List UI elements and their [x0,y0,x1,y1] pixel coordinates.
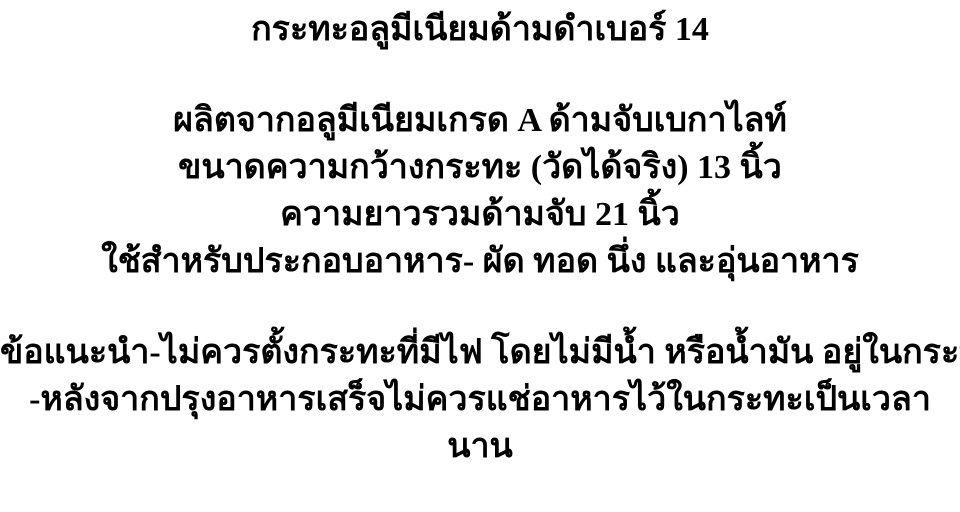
product-title: กระทะอลูมีเนียมด้ามดำเบอร์ 14 [0,6,960,53]
spec-line-material: ผลิตจากอลูมีเนียมเกรด A ด้ามจับเบกาไลท์ [0,97,960,144]
spec-line-usage: ใช้สำหรับประกอบอาหาร- ผัด ทอด นึ่ง และอุ… [0,238,960,285]
product-advisory: ข้อแนะนำ-ไม่ควรตั้งกระทะที่มีไฟ โดยไม่มี… [0,329,960,470]
advisory-line-1: ข้อแนะนำ-ไม่ควรตั้งกระทะที่มีไฟ โดยไม่มี… [0,329,960,376]
product-specs: ผลิตจากอลูมีเนียมเกรด A ด้ามจับเบกาไลท์ … [0,97,960,285]
product-description-page: กระทะอลูมีเนียมด้ามดำเบอร์ 14 ผลิตจากอลู… [0,0,960,512]
spec-line-length: ความยาวรวมด้ามจับ 21 นิ้ว [0,191,960,238]
spec-line-width: ขนาดความกว้างกระทะ (วัดได้จริง) 13 นิ้ว [0,144,960,191]
advisory-line-3: นาน [0,423,960,470]
advisory-line-2: -หลังจากปรุงอาหารเสร็จไม่ควรแช่อาหารไว้ใ… [0,376,960,423]
